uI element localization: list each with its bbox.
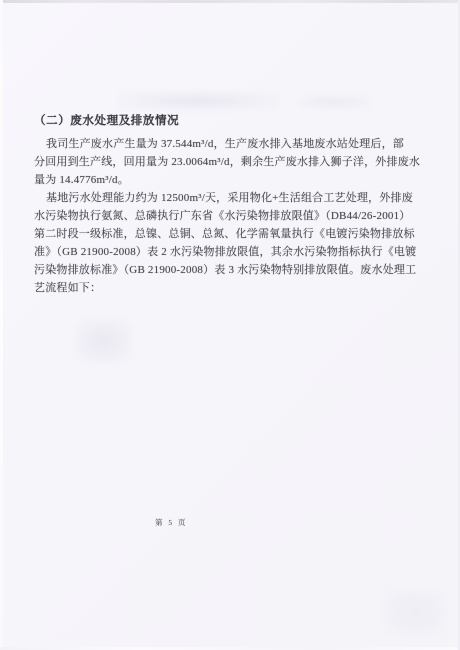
body-line: 污染物排放标准》（GB 21900-2008）表 3 水污染物特别排放限值。废水… <box>34 261 416 279</box>
body-line: 第二时段一级标准，总镍、总铜、总氮、化学需氧量执行《电镀污染物排放标 <box>34 225 416 243</box>
section-heading: （二）废水处理及排放情况 <box>34 112 179 128</box>
body-line: 准》（GB 21900-2008）表 2 水污染物排放限值，其余水污染物指标执行… <box>34 243 416 261</box>
body-line: 量为 14.4776m³/d。 <box>34 171 420 189</box>
body-line: 艺流程如下： <box>34 279 416 297</box>
paragraph-wastewater-volumes: 我司生产废水产生量为 37.544m³/d，生产废水排入基地废水站处理后，部 分… <box>34 135 420 189</box>
body-line: 水污染物执行氨氮、总磷执行广东省《水污染物排放限值》（DB44/26-2001） <box>34 207 416 225</box>
bleed-through-smudge <box>385 590 445 635</box>
scanned-page: （二）废水处理及排放情况 我司生产废水产生量为 37.544m³/d，生产废水排… <box>0 0 460 650</box>
paragraph-treatment-standards: 基地污水处理能力约为 12500m³/天，采用物化+生活组合工艺处理，外排废 水… <box>34 189 416 297</box>
bleed-through-smudge <box>300 96 370 108</box>
body-line: 分回用到生产线，回用量为 23.0064m³/d，剩余生产废水排入狮子洋，外排废… <box>34 153 420 171</box>
bleed-through-smudge <box>118 92 278 110</box>
bleed-through-smudge <box>76 320 131 362</box>
body-line: 基地污水处理能力约为 12500m³/天，采用物化+生活组合工艺处理，外排废 <box>34 189 416 207</box>
scan-edge-top <box>0 0 460 3</box>
body-line: 我司生产废水产生量为 37.544m³/d，生产废水排入基地废水站处理后，部 <box>34 135 420 153</box>
page-number: 第 5 页 <box>155 517 188 528</box>
scan-edge-left <box>0 0 3 650</box>
